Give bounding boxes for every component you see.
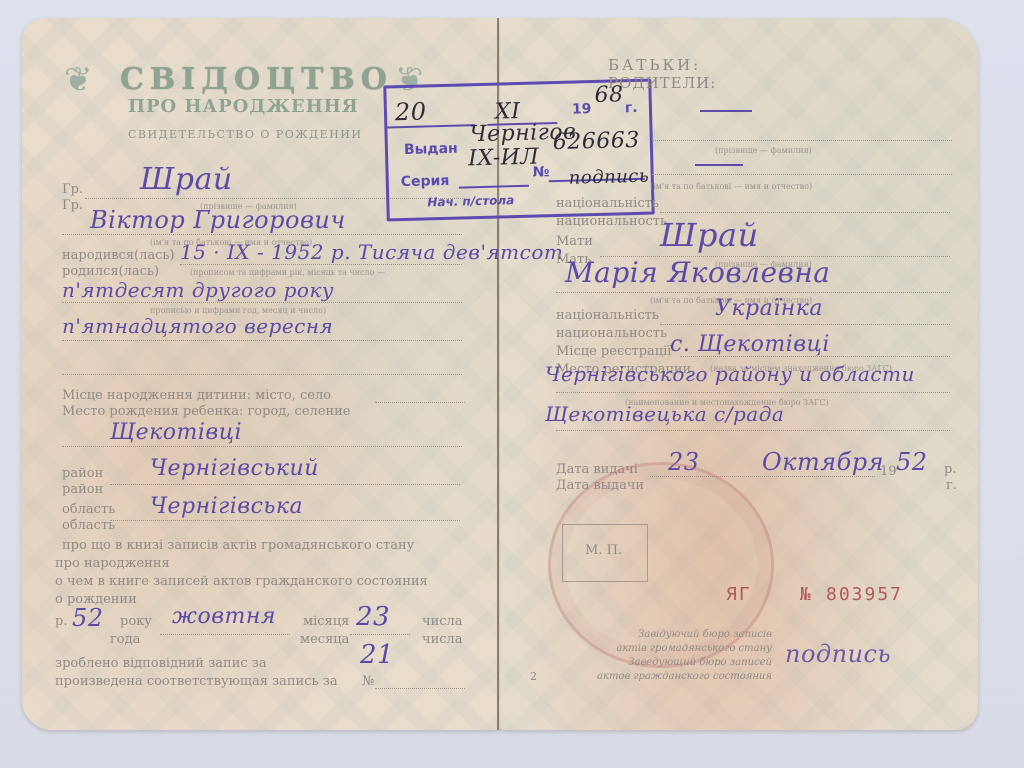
record-uk-line1: про що в книзі записів актів громадянськ… — [62, 538, 414, 553]
father-nationality-label-uk: національність — [556, 196, 659, 211]
father-name-caption: (ім'я та по батькові — имя и отчество) — [650, 182, 812, 191]
mother-nationality-label-ru: национальность — [556, 326, 667, 341]
issue-month-value: Октября — [762, 448, 884, 476]
father-surname-dash — [700, 110, 752, 112]
serial-number-label: № — [800, 584, 813, 605]
seal-placeholder-box: М. П. — [562, 524, 648, 582]
issue-year-printed: 19 — [880, 464, 897, 479]
birthplace-value: Щекотівці — [110, 420, 242, 445]
record-year-value: 52 — [72, 604, 104, 632]
stamp-head-label: Нач. п/стола — [427, 193, 514, 209]
father-surname-caption: (прізвище — фамилия) — [715, 146, 812, 155]
child-surname: Шрай — [140, 162, 233, 197]
registry-head-title: Завідуючий бюро записів актів громадянсь… — [560, 628, 772, 684]
stamp-number-label: № — [532, 164, 549, 180]
title-uk-certificate: СВІДОЦТВО — [120, 62, 393, 97]
registry-head-signature: подпись — [785, 640, 891, 668]
gr-label-uk: Гр. — [62, 182, 83, 197]
issue-year-suffix-uk: р. — [944, 462, 956, 477]
title-ru: СВИДЕТЕЛЬСТВО О РОЖДЕНИИ — [128, 128, 362, 141]
page-number: 2 — [530, 670, 537, 683]
region-value: Чернігівська — [150, 494, 303, 519]
issue-year-suffix-ru: г. — [946, 478, 957, 493]
year-label-ru: года — [110, 632, 140, 647]
stamp-signature: подпись — [568, 166, 649, 189]
birth-date-line2: п'ятдесят другого року — [62, 278, 334, 302]
mother-nationality-value: Українка — [715, 296, 823, 321]
born-caption1: (прописом та цифрами рік, місяць та числ… — [190, 268, 385, 277]
stamp-day-value: 20 — [395, 97, 427, 126]
day-label-ru: числа — [422, 632, 463, 647]
gr-label-ru: Гр. — [62, 198, 83, 213]
year-prefix: р. — [55, 614, 67, 629]
district-label-ru: район — [62, 482, 103, 497]
region-label-uk: область — [62, 502, 115, 517]
entry-no-label: № — [362, 674, 374, 689]
month-label-ru: месяца — [300, 632, 349, 647]
stamp-series-value: IX-ИЛ — [468, 144, 540, 171]
born-label-ru: родился(лась) — [62, 264, 159, 279]
mother-surname-value: Шрай — [660, 216, 759, 254]
mother-label-uk: Мати — [556, 234, 593, 249]
mother-nationality-label-uk: національність — [556, 308, 659, 323]
birthplace-label-uk: Місце народження дитини: місто, село — [62, 388, 331, 403]
birth-date-line3: п'ятнадцятого вересня — [62, 314, 333, 338]
stamp-series-label: Серия — [401, 173, 450, 190]
year-label-uk: року — [120, 614, 152, 629]
born-label-uk: народився(лась) — [62, 248, 175, 263]
ornament-left-icon: ❦ — [64, 60, 93, 100]
registration-value-line2: Чернігівського району и области — [545, 362, 915, 386]
record-month-value: жовтня — [172, 604, 276, 629]
serial-number: 803957 — [826, 584, 903, 605]
stamp-number-value: 626663 — [552, 128, 640, 155]
parents-heading-ru: РОДИТЕЛИ: — [608, 74, 716, 92]
mother-name-value: Марія Яковлевна — [565, 256, 831, 289]
district-label-uk: район — [62, 466, 103, 481]
stamp-issued-label: Выдан — [404, 141, 458, 158]
record-day-value: 23 — [356, 602, 390, 632]
head-ru-line2: актов гражданского состояния — [560, 670, 772, 684]
child-name: Віктор Григорович — [90, 206, 346, 234]
seal-label: М. П. — [585, 543, 622, 558]
head-uk-line1: Завідуючий бюро записів — [560, 628, 772, 642]
father-name-dash — [695, 164, 743, 166]
birthplace-label-ru: Место рождения ребенка: город, селение — [62, 404, 351, 419]
serial-series: ЯГ — [726, 584, 752, 605]
father-nationality-label-ru: национальность — [556, 214, 667, 229]
record-uk-line2: про народження — [55, 556, 170, 571]
birth-date-line1: 15 · IX - 1952 р. Тисяча дев'ятсот — [180, 240, 563, 264]
title-uk-birth: ПРО НАРОДЖЕННЯ — [128, 96, 359, 117]
issue-year-value: 52 — [896, 448, 928, 476]
day-label-uk: числа — [422, 614, 463, 629]
district-value: Чернігівський — [150, 456, 319, 481]
entry-label-uk: зроблено відповідний запис за — [55, 656, 267, 671]
region-label-ru: область — [62, 518, 115, 533]
stamp-year-suffix: г. — [625, 100, 638, 116]
head-uk-line2: актів громадянського стану — [560, 642, 772, 656]
registration-value-line1: с. Щекотівці — [670, 332, 830, 357]
record-ru-line1: о чем в книге записей актов гражданского… — [55, 574, 428, 589]
entry-number-value: 21 — [360, 640, 394, 670]
registration-value-line3: Щекотівецька с/рада — [545, 402, 784, 426]
entry-label-ru: произведена соответствующая запись за — [55, 674, 338, 689]
month-label-uk: місяця — [303, 614, 349, 629]
parents-heading-uk: БАТЬКИ: — [608, 56, 701, 74]
registration-label-uk: Місце реєстрації — [556, 344, 671, 359]
stamp-year-printed: 19 — [572, 101, 592, 118]
head-ru-line1: Заведующий бюро записей — [560, 656, 772, 670]
